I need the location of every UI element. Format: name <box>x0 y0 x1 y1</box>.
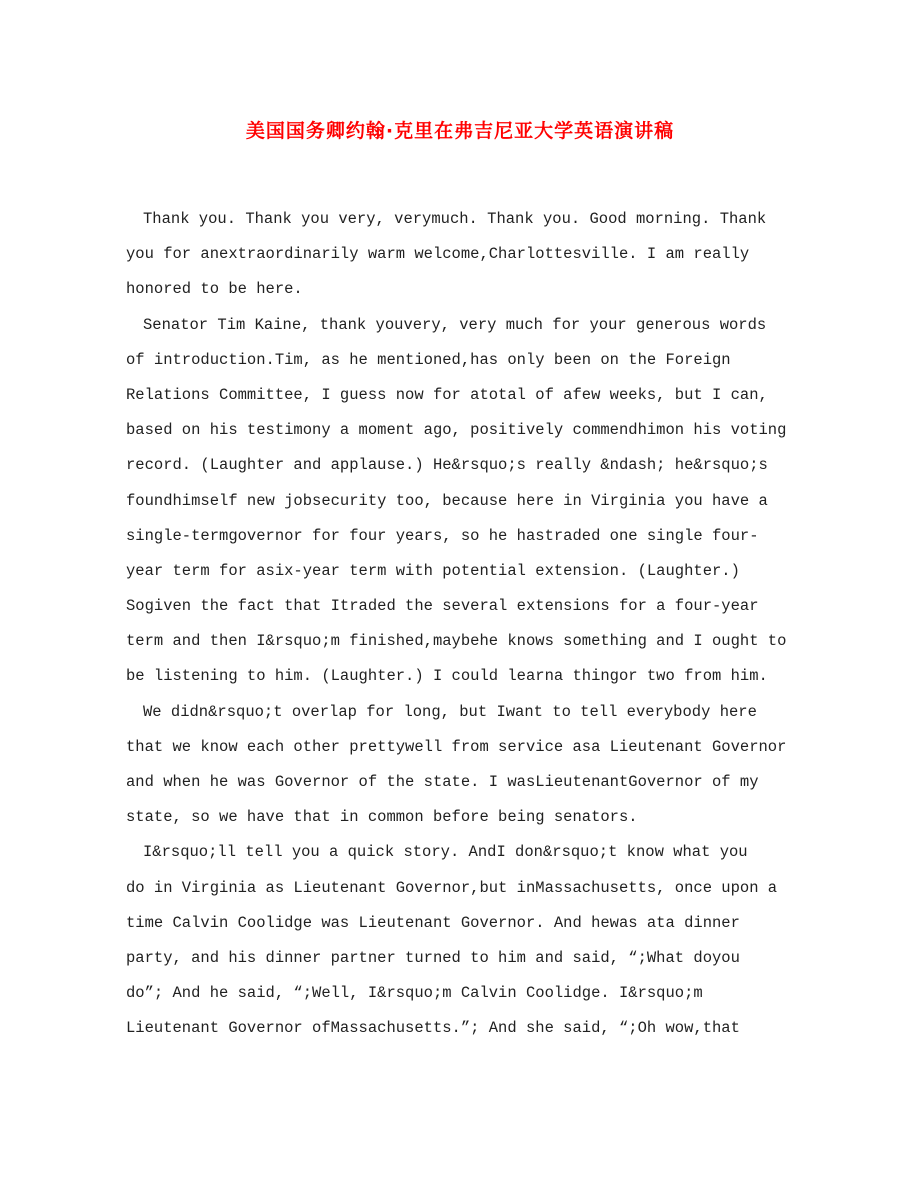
text-line: Senator Tim Kaine, thank youvery, very m… <box>126 308 806 343</box>
text-line: you for anextraordinarily warm welcome,C… <box>126 237 806 272</box>
text-line: Thank you. Thank you very, verymuch. Tha… <box>126 202 806 237</box>
text-line: Relations Committee, I guess now for ato… <box>126 378 806 413</box>
document-body: Thank you. Thank you very, verymuch. Tha… <box>0 202 806 1047</box>
document-page: 美国国务卿约翰·克里在弗吉尼亚大学英语演讲稿 Thank you. Thank … <box>0 0 920 1191</box>
paragraph: I&rsquo;ll tell you a quick story. AndI … <box>126 835 806 1046</box>
text-line: state, so we have that in common before … <box>126 800 806 835</box>
text-line: foundhimself new jobsecurity too, becaus… <box>126 484 806 519</box>
text-line: record. (Laughter and applause.) He&rsqu… <box>126 448 806 483</box>
text-line: do in Virginia as Lieutenant Governor,bu… <box>126 871 806 906</box>
text-line: We didn&rsquo;t overlap for long, but Iw… <box>126 695 806 730</box>
text-line: of introduction.Tim, as he mentioned,has… <box>126 343 806 378</box>
text-line: honored to be here. <box>126 272 806 307</box>
text-line: term and then I&rsquo;m finished,maybehe… <box>126 624 806 659</box>
text-line: year term for asix-year term with potent… <box>126 554 806 589</box>
text-line: party, and his dinner partner turned to … <box>126 941 806 976</box>
text-line: be listening to him. (Laughter.) I could… <box>126 659 806 694</box>
document-title: 美国国务卿约翰·克里在弗吉尼亚大学英语演讲稿 <box>0 118 920 144</box>
paragraph: Thank you. Thank you very, verymuch. Tha… <box>126 202 806 308</box>
text-line: based on his testimony a moment ago, pos… <box>126 413 806 448</box>
text-line: and when he was Governor of the state. I… <box>126 765 806 800</box>
text-line: do”; And he said, “;Well, I&rsquo;m Calv… <box>126 976 806 1011</box>
text-line: Sogiven the fact that Itraded the severa… <box>126 589 806 624</box>
text-line: that we know each other prettywell from … <box>126 730 806 765</box>
paragraph: Senator Tim Kaine, thank youvery, very m… <box>126 308 806 695</box>
text-line: time Calvin Coolidge was Lieutenant Gove… <box>126 906 806 941</box>
text-line: single-termgovernor for four years, so h… <box>126 519 806 554</box>
text-line: I&rsquo;ll tell you a quick story. AndI … <box>126 835 806 870</box>
text-line: Lieutenant Governor ofMassachusetts.”; A… <box>126 1011 806 1046</box>
paragraph: We didn&rsquo;t overlap for long, but Iw… <box>126 695 806 836</box>
